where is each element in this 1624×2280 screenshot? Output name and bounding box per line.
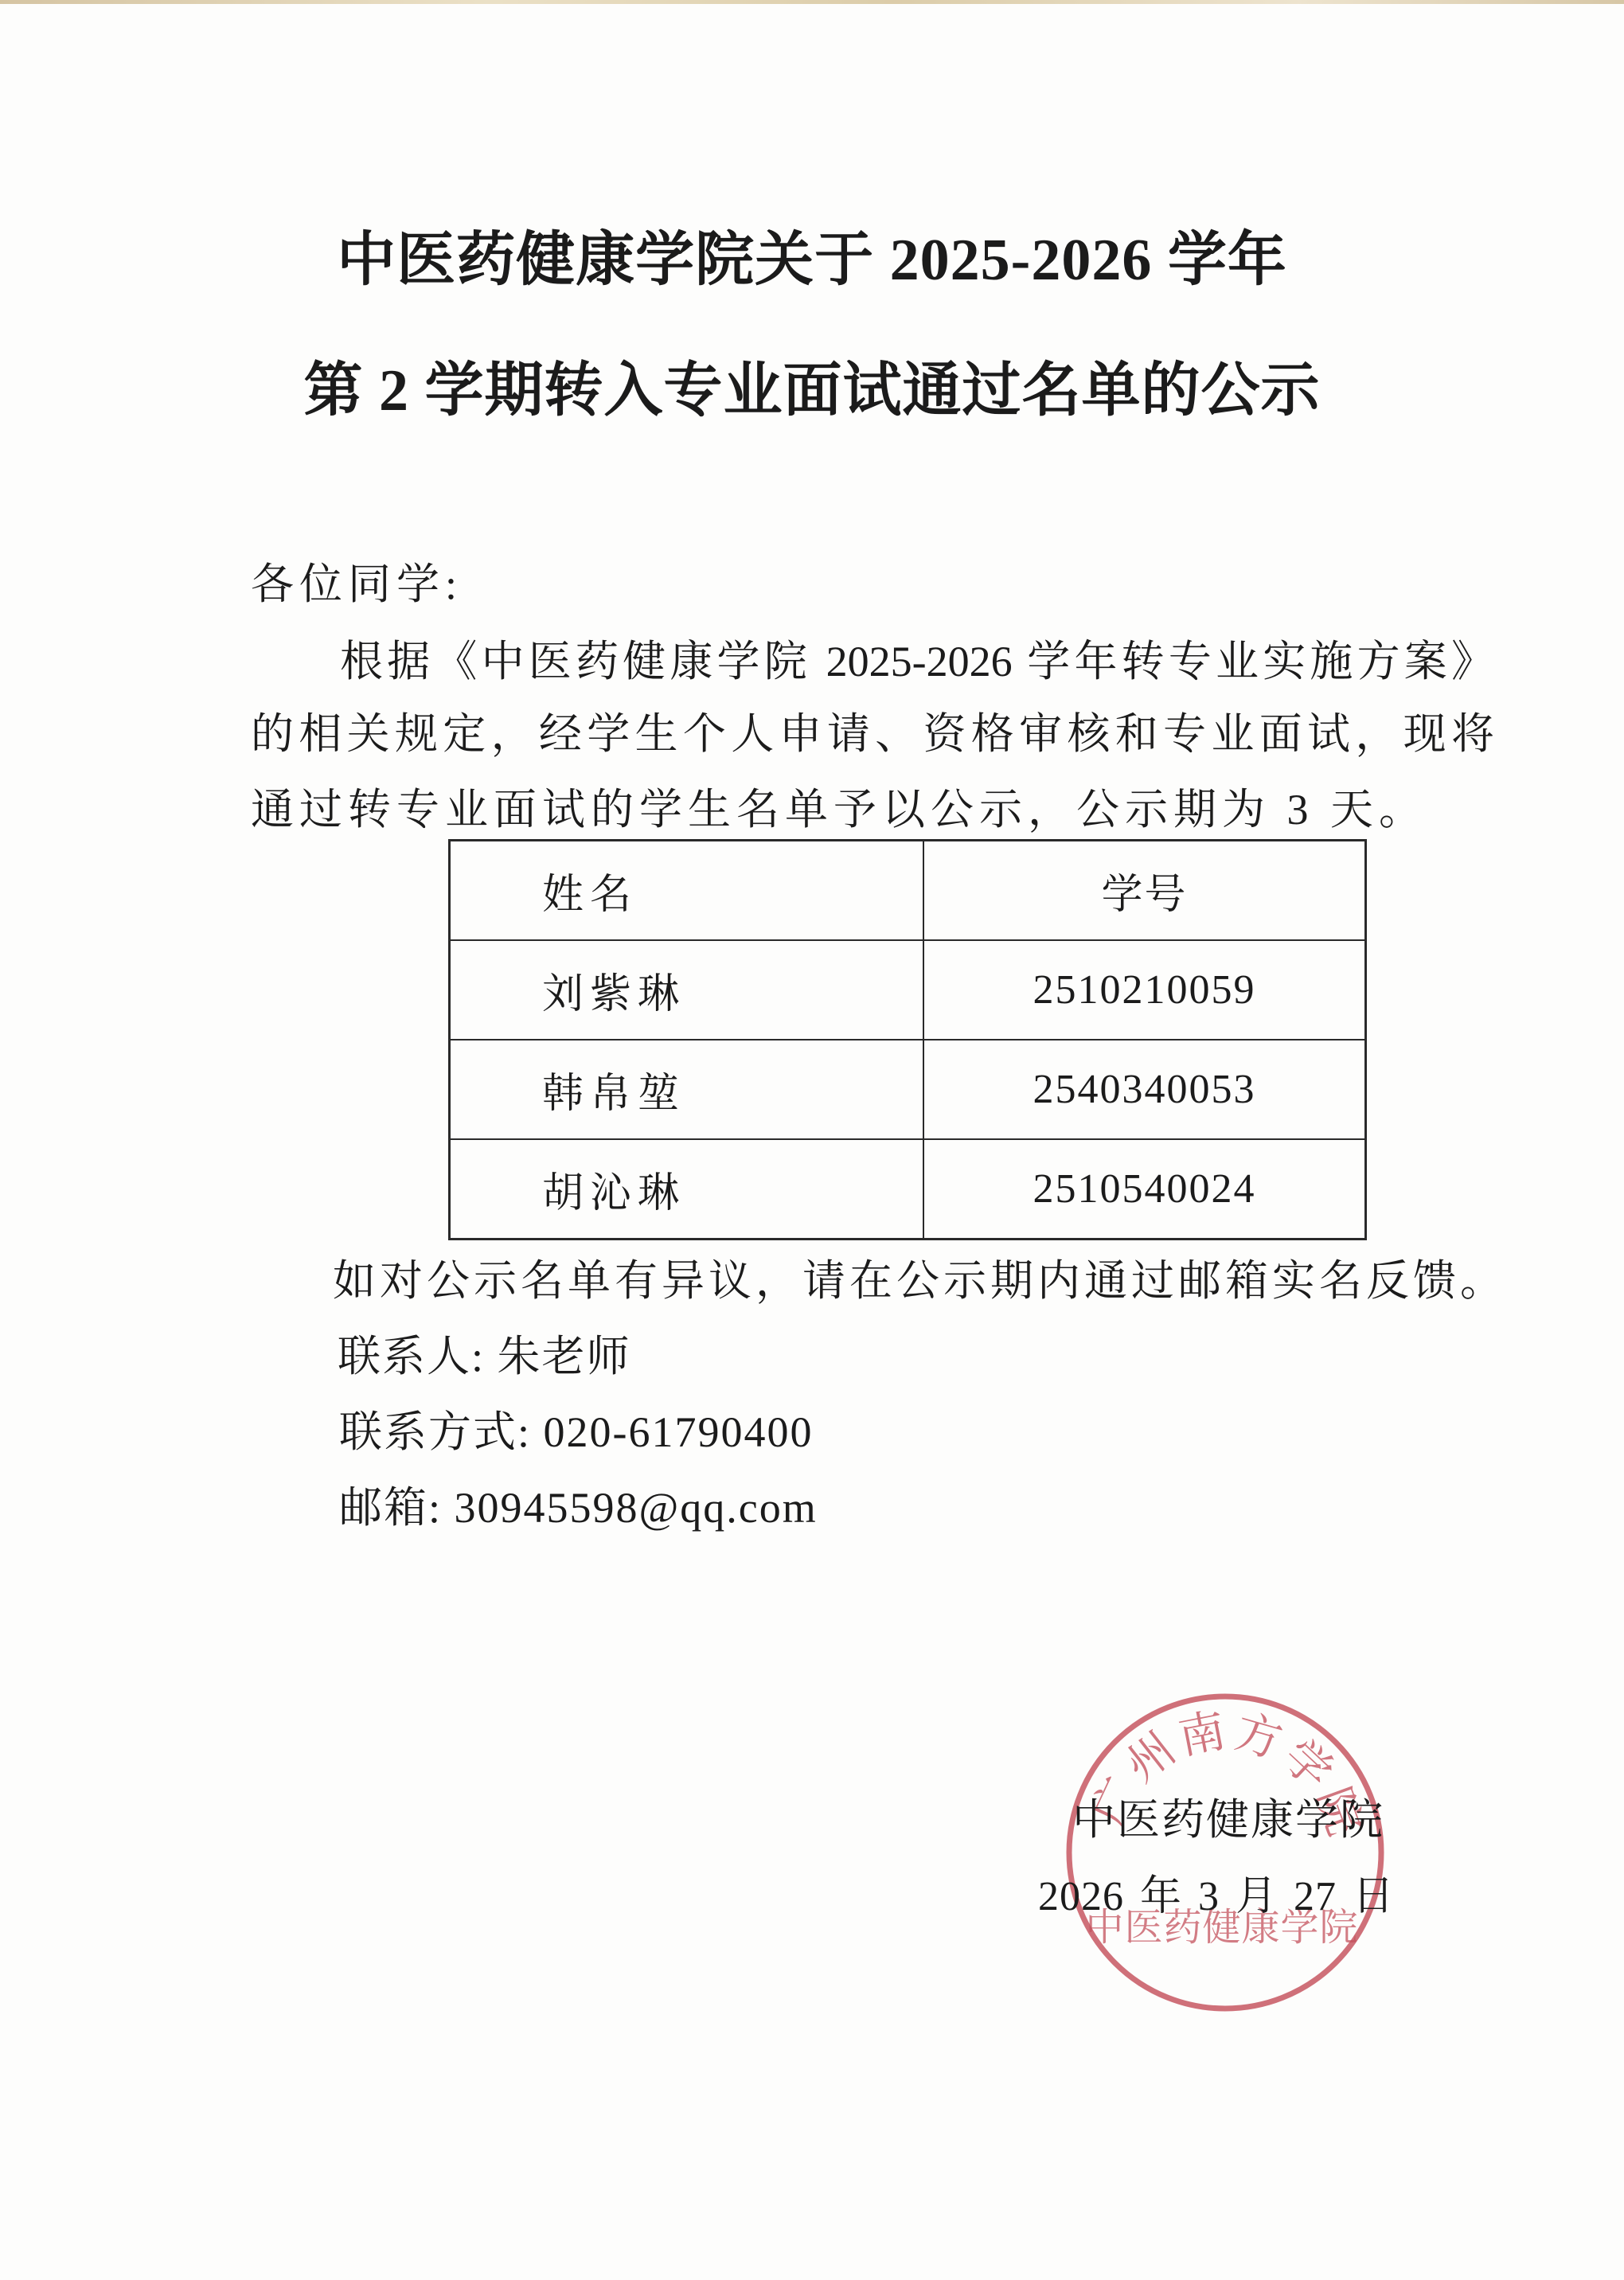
header-student-id: 学号 [923,841,1366,941]
paragraph-line-3: 通过转专业面试的学生名单予以公示，公示期为 3 天。 [251,785,1427,834]
student-id: 2510540024 [923,1139,1366,1240]
signature-date: 2026 年 3 月 27 日 [1038,1872,1395,1922]
passed-students-table: 姓名 学号 刘紫琳 2510210059 韩帛堃 2540340053 胡沁琳 … [448,839,1367,1240]
student-name: 胡沁琳 [450,1139,924,1240]
student-id: 2540340053 [923,1040,1366,1139]
document-title-line-1: 中医药健康学院关于 2025-2026 学年 [0,217,1624,304]
contact-email: 邮箱: 30945598@qq.com [339,1483,818,1532]
table-row: 胡沁琳 2510540024 [450,1139,1366,1240]
header-name: 姓名 [450,841,924,941]
student-name: 韩帛堃 [450,1040,924,1139]
scan-edge-artifact [0,0,1624,4]
greeting: 各位同学: [251,560,463,609]
signature-department: 中医药健康学院 [1072,1795,1384,1845]
document-title-line-2: 第 2 学期转入专业面试通过名单的公示 [0,347,1624,435]
table-row: 韩帛堃 2540340053 [450,1040,1366,1139]
document-page: 中医药健康学院关于 2025-2026 学年 第 2 学期转入专业面试通过名单的… [0,0,1624,2280]
student-id: 2510210059 [923,940,1366,1040]
table-row: 刘紫琳 2510210059 [450,940,1366,1040]
paragraph-line-2: 的相关规定，经学生个人申请、资格审核和专业面试，现将 [251,709,1494,759]
official-seal: 广 州 南 方 学 院 中医药健康学院 [1058,1685,1392,2020]
seal-arc-char: 方 [1229,1705,1288,1767]
contact-phone: 联系方式: 020-61790400 [339,1407,814,1457]
table-header-row: 姓名 学号 [450,841,1366,941]
paragraph-line-1: 根据《中医药健康学院 2025-2026 学年转专业实施方案》 [251,637,1494,686]
objection-notice: 如对公示名单有异议，请在公示期内通过邮箱实名反馈。 [333,1256,1507,1306]
contact-person: 联系人: 朱老师 [338,1332,631,1381]
seal-arc-char: 南 [1174,1704,1229,1764]
student-name: 刘紫琳 [450,940,924,1040]
